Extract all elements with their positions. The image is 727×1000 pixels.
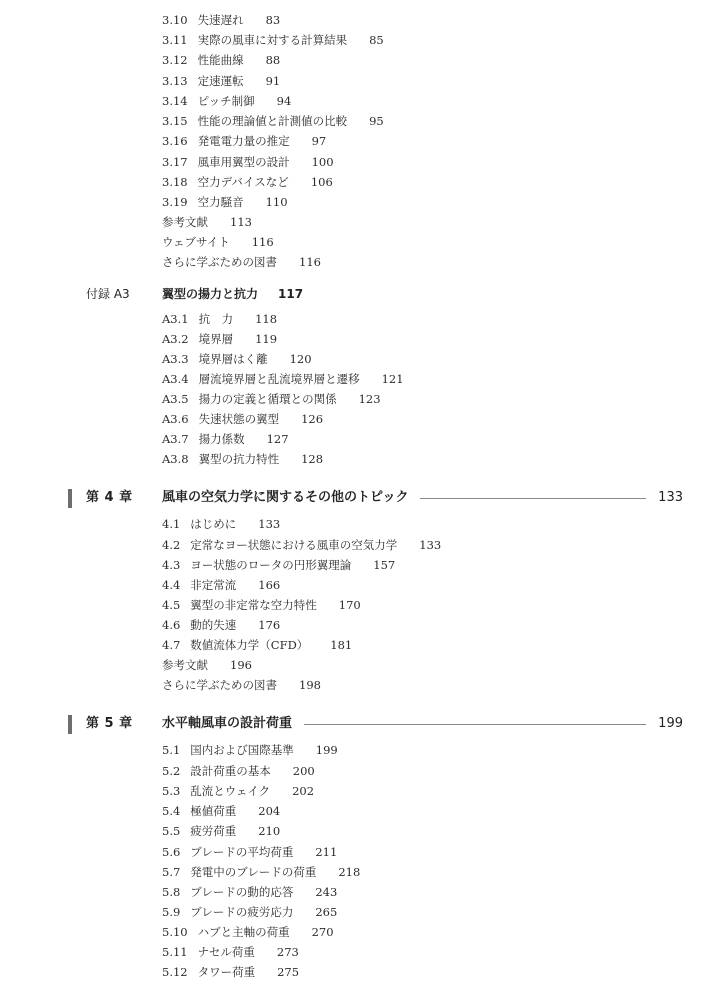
toc-entry-3-18[interactable]: 3.18空力デバイスなど106 <box>162 175 333 189</box>
page-number: 119 <box>255 332 277 346</box>
section-title: 発電中のブレードの荷重 <box>190 865 316 879</box>
section-number: 3.15 <box>162 114 188 128</box>
section-title: 揚力の定義と循環との関係 <box>199 392 337 406</box>
page-number: 176 <box>258 618 280 632</box>
section-title: 揚力係数 <box>199 432 245 446</box>
page-number: 273 <box>277 945 299 959</box>
section-title: 性能の理論値と計測値の比較 <box>198 114 348 128</box>
page-number: 95 <box>369 114 384 128</box>
section-number: A3.6 <box>162 412 189 426</box>
section-number: 3.12 <box>162 53 188 67</box>
section-title: ナセル荷重 <box>198 945 255 959</box>
section-title: ブレードの疲労応力 <box>190 905 293 919</box>
page-number: 97 <box>312 134 327 148</box>
section-number: 3.13 <box>162 74 188 88</box>
toc-entry-3-10[interactable]: 3.10失速遅れ83 <box>162 13 280 27</box>
section-number: 5.6 <box>162 845 180 859</box>
toc-entry-references-ch3[interactable]: 参考文献113 <box>162 215 252 229</box>
toc-entry-websites-ch3[interactable]: ウェブサイト116 <box>162 235 274 249</box>
page-number: 198 <box>299 678 321 692</box>
page-number: 100 <box>312 155 334 169</box>
section-number: 5.11 <box>162 945 188 959</box>
section-title: さらに学ぶための図書 <box>162 678 277 692</box>
section-title: ブレードの平均荷重 <box>190 845 293 859</box>
section-title: 参考文献 <box>162 658 208 672</box>
appendix-title: 翼型の揚力と抗力 <box>162 287 258 301</box>
page-number: 94 <box>277 94 292 108</box>
toc-entry-5-5[interactable]: 5.5疲労荷重210 <box>162 824 280 838</box>
section-number: 5.4 <box>162 804 180 818</box>
toc-entry-a3-5[interactable]: A3.5揚力の定義と循環との関係123 <box>162 392 381 406</box>
toc-entry-4-7[interactable]: 4.7数値流体力学（CFD）181 <box>162 638 352 652</box>
section-title: 数値流体力学（CFD） <box>190 638 308 652</box>
section-number: A3.1 <box>162 312 189 326</box>
section-title: 抗 力 <box>199 312 234 326</box>
page-number: 126 <box>301 412 323 426</box>
section-title: 空力デバイスなど <box>198 175 289 189</box>
toc-entry-4-2[interactable]: 4.2定常なヨー状態における風車の空気力学133 <box>162 538 441 552</box>
toc-entry-5-12[interactable]: 5.12タワー荷重275 <box>162 965 299 979</box>
toc-entry-5-6[interactable]: 5.6ブレードの平均荷重211 <box>162 845 337 859</box>
toc-entry-5-9[interactable]: 5.9ブレードの疲労応力265 <box>162 905 337 919</box>
page-number: 128 <box>301 452 323 466</box>
toc-entry-further-reading-ch4[interactable]: さらに学ぶための図書198 <box>162 678 321 692</box>
section-number: 3.11 <box>162 33 188 47</box>
toc-entry-3-17[interactable]: 3.17風車用翼型の設計100 <box>162 155 334 169</box>
section-title: ウェブサイト <box>162 235 230 249</box>
section-number: 4.7 <box>162 638 180 652</box>
toc-entry-3-15[interactable]: 3.15性能の理論値と計測値の比較95 <box>162 114 384 128</box>
section-title: 層流境界層と乱流境界層と遷移 <box>199 372 360 386</box>
toc-entry-a3-3[interactable]: A3.3境界層はく離120 <box>162 352 312 366</box>
section-number: A3.7 <box>162 432 189 446</box>
toc-entry-3-14[interactable]: 3.14ピッチ制御94 <box>162 94 291 108</box>
chapter-title: 水平軸風車の設計荷重 <box>162 715 292 733</box>
page-number: 181 <box>330 638 352 652</box>
page-number: 110 <box>266 195 288 209</box>
section-title: 設計荷重の基本 <box>190 764 271 778</box>
leader-rule <box>304 724 646 725</box>
page-number: 118 <box>255 312 277 326</box>
section-title: 非定常流 <box>190 578 236 592</box>
toc-entry-a3-6[interactable]: A3.6失速状態の翼型126 <box>162 412 323 426</box>
toc-page: 3.10失速遅れ83 3.11実際の風車に対する計算結果85 3.12性能曲線8… <box>0 0 727 1000</box>
appendix-label: 付録 A3 <box>86 287 162 302</box>
section-number: 5.12 <box>162 965 188 979</box>
section-number: A3.5 <box>162 392 189 406</box>
section-title: ブレードの動的応答 <box>190 885 293 899</box>
toc-entry-4-5[interactable]: 4.5翼型の非定常な空力特性170 <box>162 598 361 612</box>
page-number: 243 <box>315 885 337 899</box>
section-title: 定常なヨー状態における風車の空気力学 <box>190 538 397 552</box>
toc-entry-5-8[interactable]: 5.8ブレードの動的応答243 <box>162 885 337 899</box>
toc-appendix-a3-heading[interactable]: 付録 A3翼型の揚力と抗力117 <box>86 287 303 302</box>
section-title: 極値荷重 <box>190 804 236 818</box>
section-title: 翼型の抗力特性 <box>199 452 280 466</box>
toc-entry-5-3[interactable]: 5.3乱流とウェイク202 <box>162 784 314 798</box>
page-number: 127 <box>267 432 289 446</box>
page-number: 196 <box>230 658 252 672</box>
section-number: 3.14 <box>162 94 188 108</box>
toc-entry-3-12[interactable]: 3.12性能曲線88 <box>162 53 280 67</box>
chapter-marker-bar <box>68 715 72 734</box>
toc-entry-3-11[interactable]: 3.11実際の風車に対する計算結果85 <box>162 33 384 47</box>
section-title: 実際の風車に対する計算結果 <box>198 33 348 47</box>
section-number: 5.5 <box>162 824 180 838</box>
page-number: 133 <box>419 538 441 552</box>
section-title: 疲労荷重 <box>190 824 236 838</box>
section-number: 3.16 <box>162 134 188 148</box>
section-title: 定速運転 <box>198 74 244 88</box>
section-title: 境界層 <box>199 332 234 346</box>
chapter-marker-bar <box>68 489 72 508</box>
section-number: A3.3 <box>162 352 189 366</box>
section-title: 参考文献 <box>162 215 208 229</box>
toc-entry-5-2[interactable]: 5.2設計荷重の基本200 <box>162 764 315 778</box>
section-title: ピッチ制御 <box>198 94 255 108</box>
page-number: 116 <box>252 235 274 249</box>
page-number: 199 <box>316 743 338 757</box>
toc-entry-5-1[interactable]: 5.1国内および国際基準199 <box>162 743 338 757</box>
section-number: 5.1 <box>162 743 180 757</box>
section-title: 境界層はく離 <box>199 352 268 366</box>
toc-entry-3-19[interactable]: 3.19空力騒音110 <box>162 195 288 209</box>
page-number: 270 <box>312 925 334 939</box>
toc-entry-references-ch4[interactable]: 参考文献196 <box>162 658 252 672</box>
page-number: 83 <box>266 13 281 27</box>
section-number: A3.2 <box>162 332 189 346</box>
page-number: 120 <box>290 352 312 366</box>
section-title: ハブと主軸の荷重 <box>198 925 290 939</box>
section-number: 3.17 <box>162 155 188 169</box>
page-number: 275 <box>277 965 299 979</box>
toc-chapter-4-heading[interactable]: 第 4 章 風車の空気力学に関するその他のトピック 133 <box>68 489 683 507</box>
leader-rule <box>420 498 646 499</box>
toc-entry-4-6[interactable]: 4.6動的失速176 <box>162 618 280 632</box>
section-title: 失速状態の翼型 <box>199 412 280 426</box>
section-title: 風車用翼型の設計 <box>198 155 290 169</box>
toc-entry-4-1[interactable]: 4.1はじめに133 <box>162 517 280 531</box>
page-number: 202 <box>292 784 314 798</box>
page-number: 157 <box>373 558 395 572</box>
page-number: 133 <box>258 517 280 531</box>
toc-entry-3-16[interactable]: 3.16発電電力量の推定97 <box>162 134 326 148</box>
section-number: 5.10 <box>162 925 188 939</box>
page-number: 166 <box>258 578 280 592</box>
toc-entry-5-7[interactable]: 5.7発電中のブレードの荷重218 <box>162 865 360 879</box>
page-number: 210 <box>258 824 280 838</box>
section-number: 4.2 <box>162 538 180 552</box>
toc-entry-5-11[interactable]: 5.11ナセル荷重273 <box>162 945 299 959</box>
toc-entry-3-13[interactable]: 3.13定速運転91 <box>162 74 280 88</box>
toc-entry-a3-8[interactable]: A3.8翼型の抗力特性128 <box>162 452 323 466</box>
page-number: 133 <box>658 489 683 507</box>
section-number: A3.4 <box>162 372 189 386</box>
section-title: 動的失速 <box>190 618 236 632</box>
page-number: 265 <box>315 905 337 919</box>
page-number: 218 <box>338 865 360 879</box>
section-number: 4.1 <box>162 517 180 531</box>
section-title: ヨー状態のロータの円形翼理論 <box>190 558 351 572</box>
chapter-label: 第 4 章 <box>86 489 162 507</box>
toc-entry-a3-7[interactable]: A3.7揚力係数127 <box>162 432 289 446</box>
page-number: 88 <box>266 53 281 67</box>
section-title: 失速遅れ <box>198 13 244 27</box>
page-number: 113 <box>230 215 252 229</box>
section-number: 5.7 <box>162 865 180 879</box>
toc-entry-5-4[interactable]: 5.4極値荷重204 <box>162 804 280 818</box>
toc-entry-5-10[interactable]: 5.10ハブと主軸の荷重270 <box>162 925 334 939</box>
page-number: 204 <box>258 804 280 818</box>
section-title: 乱流とウェイク <box>190 784 270 798</box>
toc-entry-a3-1[interactable]: A3.1抗 力118 <box>162 312 277 326</box>
section-number: 5.9 <box>162 905 180 919</box>
toc-entry-a3-2[interactable]: A3.2境界層119 <box>162 332 277 346</box>
section-number: 4.3 <box>162 558 180 572</box>
section-title: 性能曲線 <box>198 53 244 67</box>
toc-chapter-5-heading[interactable]: 第 5 章 水平軸風車の設計荷重 199 <box>68 715 683 733</box>
page-number: 85 <box>369 33 384 47</box>
toc-entry-4-3[interactable]: 4.3ヨー状態のロータの円形翼理論157 <box>162 558 395 572</box>
toc-entry-a3-4[interactable]: A3.4層流境界層と乱流境界層と遷移121 <box>162 372 404 386</box>
section-number: 4.6 <box>162 618 180 632</box>
section-title: 翼型の非定常な空力特性 <box>190 598 317 612</box>
section-title: 国内および国際基準 <box>190 743 294 757</box>
page-number: 170 <box>339 598 361 612</box>
chapter-title: 風車の空気力学に関するその他のトピック <box>162 489 408 507</box>
section-number: 4.4 <box>162 578 180 592</box>
section-title: 空力騒音 <box>198 195 244 209</box>
section-number: 5.2 <box>162 764 180 778</box>
section-number: 3.18 <box>162 175 188 189</box>
section-number: 5.8 <box>162 885 180 899</box>
toc-entry-further-reading-ch3[interactable]: さらに学ぶための図書116 <box>162 255 321 269</box>
section-title: さらに学ぶための図書 <box>162 255 277 269</box>
section-title: 発電電力量の推定 <box>198 134 290 148</box>
section-number: 5.3 <box>162 784 180 798</box>
page-number: 121 <box>382 372 404 386</box>
section-title: はじめに <box>190 517 236 531</box>
section-number: A3.8 <box>162 452 189 466</box>
section-number: 3.10 <box>162 13 188 27</box>
page-number: 116 <box>299 255 321 269</box>
chapter-label: 第 5 章 <box>86 715 162 733</box>
page-number: 211 <box>315 845 337 859</box>
section-title: タワー荷重 <box>198 965 256 979</box>
toc-entry-4-4[interactable]: 4.4非定常流166 <box>162 578 280 592</box>
page-number: 123 <box>359 392 381 406</box>
page-number: 200 <box>293 764 315 778</box>
section-number: 3.19 <box>162 195 188 209</box>
page-number: 199 <box>658 715 683 733</box>
page-number: 106 <box>311 175 333 189</box>
page-number: 91 <box>266 74 281 88</box>
page-number: 117 <box>278 287 303 301</box>
section-number: 4.5 <box>162 598 180 612</box>
